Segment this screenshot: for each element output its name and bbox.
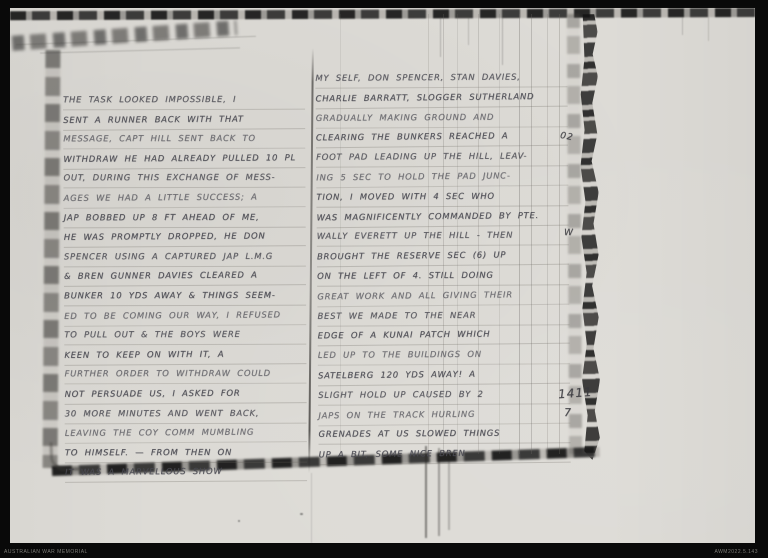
handwritten-line: great work and all giving their: [317, 284, 569, 306]
centre-fold-tail: [311, 473, 312, 543]
handwritten-line: 30 more minutes and went back,: [65, 403, 307, 423]
handwritten-line: foot pad leading up the hill, leav-: [316, 146, 568, 167]
handwritten-line: Satelberg 120 yds away! A: [318, 364, 570, 386]
handwritten-line: to pull out & the boys were: [64, 325, 306, 345]
handwritten-line: gradually making ground and: [316, 107, 568, 128]
smudge-drip: [502, 17, 503, 65]
handwritten-line: led up to the buildings on: [318, 344, 570, 365]
margin-mark: 7: [564, 406, 572, 419]
handwritten-line: Charlie Barratt, Slogger Sutherland: [315, 86, 567, 108]
margin-mark: 1411: [558, 385, 593, 401]
handwritten-line: clearing the bunkers reached a: [316, 126, 568, 148]
photo-mount: { "mount": { "caption_left": "AUSTRALIAN…: [0, 0, 768, 558]
top-left-smudge: [12, 20, 237, 51]
handwritten-line: not persuade us, I asked for: [64, 383, 306, 404]
handwritten-line: up a bit, some nice Bren: [319, 443, 571, 465]
centre-fold-line: [308, 48, 314, 473]
handwritten-line: Jap bobbed up 8 ft ahead of me,: [64, 207, 306, 227]
handwritten-line: Wally Everett up the hill - then: [317, 226, 569, 247]
handwritten-line: My self, Don Spencer, Stan Davies,: [315, 67, 567, 88]
handwritten-line: & Bren Gunner Davies cleared a: [64, 265, 306, 286]
smudge-drip: [682, 17, 683, 35]
smudge-drip: [440, 17, 441, 57]
left-page-text: The task looked impossible, Isent a runn…: [63, 89, 307, 482]
handwritten-line: bunker 10 yds away & things seem-: [64, 286, 306, 306]
smudge-drip: [708, 17, 709, 41]
handwritten-line: Spencer using a captured Jap L.M.G: [64, 246, 306, 266]
smudge-drip: [468, 17, 469, 45]
top-edge-smudge: [10, 8, 755, 20]
handwritten-line: out, during this exchange of mess-: [63, 168, 305, 188]
handwritten-line: best we made to the near: [317, 305, 569, 326]
handwritten-line: tion, I moved with 4 Sec who: [316, 186, 568, 207]
handwritten-line: on the left of 4. Still doing: [317, 265, 569, 286]
handwritten-line: it was a marvellous show: [65, 461, 307, 482]
handwritten-line: The task looked impossible, I: [63, 90, 305, 110]
handwritten-line: leaving the Coy Comm mumbling: [65, 422, 307, 443]
handwritten-line: ed to be coming our way, I refused: [64, 305, 306, 326]
handwritten-line: message, Capt Hill sent back to: [63, 129, 305, 149]
handwritten-line: to himself. — From then on: [65, 442, 307, 462]
handwritten-line: further order to withdraw could: [64, 364, 306, 384]
margin-mark: W: [564, 228, 574, 238]
handwritten-line: was magnificently commanded by Pte.: [316, 205, 568, 227]
handwritten-line: ages we had a little success; a: [63, 187, 305, 208]
handwritten-line: edge of a kunai patch which: [318, 324, 570, 346]
handwritten-line: grenades at us slowed things: [318, 424, 570, 445]
scratch-line: [40, 47, 240, 53]
binding-edge: [43, 50, 61, 468]
handwritten-line: brought the reserve Sec (6) up: [317, 245, 569, 267]
photocopy-page: The task looked impossible, Isent a runn…: [10, 8, 755, 543]
handwritten-line: Japs on the track hurling: [318, 403, 570, 425]
right-page-text: My self, Don Spencer, Stan Davies,Charli…: [315, 67, 570, 465]
handwritten-line: keen to keep on with it, a: [64, 344, 306, 365]
handwritten-line: ing 5 Sec to hold the pad junc-: [316, 166, 568, 188]
margin-mark: 02: [559, 131, 574, 143]
handwritten-line: withdraw he had already pulled 10 PL: [63, 148, 305, 169]
handwritten-line: sent a runner back with that: [63, 109, 305, 130]
archive-id-caption: AWM2022.5.143: [714, 550, 758, 555]
handwritten-line: slight hold up caused by 2: [318, 384, 570, 405]
speck: [238, 520, 240, 522]
handwritten-line: he was promptly dropped, he Don: [64, 226, 306, 247]
speck: [300, 513, 303, 515]
archive-caption-left: AUSTRALIAN WAR MEMORIAL: [4, 550, 88, 555]
